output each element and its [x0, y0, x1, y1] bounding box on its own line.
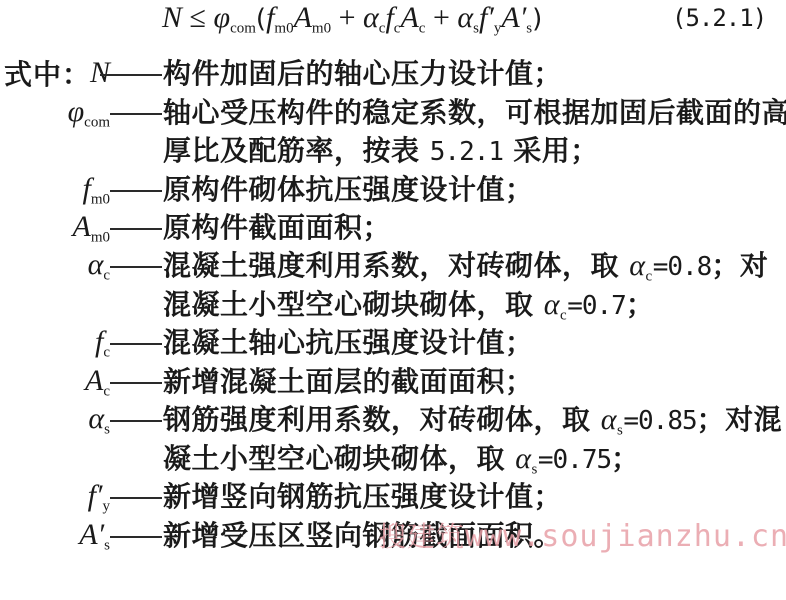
symbol-subscript: m0 [91, 191, 110, 207]
text-part: 混凝土小型空心砌块砌体，取 [163, 288, 534, 321]
definition-text: 新增混凝土面层的截面面积； [163, 365, 534, 399]
definition-continuation: 厚比及配筋率，按表 5.2.1 采用； [0, 133, 786, 171]
text-part: ； [626, 288, 655, 321]
var-main: α [544, 288, 560, 321]
definition-A-m0: Am0 原构件截面面积； [0, 210, 786, 248]
definition-text: 构件加固后的轴心压力设计值； [163, 57, 562, 91]
formula-phi: φcom [213, 1, 255, 34]
value: =0.75 [538, 445, 611, 475]
em-dash-divider [110, 113, 162, 115]
A-subscript: m0 [312, 20, 331, 36]
symbol-main: A [73, 210, 91, 243]
term1-A: Am0 [294, 1, 332, 34]
plus-sign: + [331, 1, 363, 34]
close-paren: ) [532, 4, 542, 34]
text-part: ；对 [711, 249, 768, 282]
definition-symbol: N [90, 56, 110, 90]
definition-text: 新增竖向钢筋抗压强度设计值； [163, 480, 562, 514]
term2-A: Ac [400, 1, 425, 34]
term3-A: A′s [501, 1, 532, 34]
definition-symbol: αc [88, 248, 110, 292]
plus-sign: + [425, 1, 457, 34]
var-subscript: c [646, 268, 653, 284]
value: =0.8 [653, 252, 712, 282]
definition-symbol: fc [95, 325, 110, 369]
definition-symbol: f′y [88, 479, 110, 523]
em-dash-divider [110, 190, 162, 192]
definition-f-m0: fm0 原构件砌体抗压强度设计值； [0, 172, 786, 210]
f-subscript: m0 [274, 20, 293, 36]
definition-f-c: fc 混凝土轴心抗压强度设计值； [0, 325, 786, 363]
em-dash-divider [110, 343, 162, 345]
symbol-main: f [82, 172, 90, 205]
definition-continuation: 凝土小型空心砌块砌体，取 αs=0.75； [0, 441, 786, 479]
symbol-subscript: y [103, 498, 111, 514]
var-main: α [601, 403, 617, 436]
equation: N ≤ φcom(fm0Am0 + αcfcAc + αsf′yA′s) [162, 2, 542, 44]
formula-row: N ≤ φcom(fm0Am0 + αcfcAc + αsf′yA′s) (5.… [0, 0, 786, 36]
f-symbol: f [385, 1, 393, 34]
symbol-main: A [85, 364, 103, 397]
definition-symbol: αs [88, 402, 110, 446]
open-paren: ( [256, 4, 266, 34]
text-part: 厚比及配筋率，按表 [163, 134, 420, 167]
var-main: α [629, 249, 645, 282]
definition-alpha-s: αs 钢筋强度利用系数，对砖砌体，取 αs=0.85；对混 [0, 402, 786, 440]
alpha-symbol: α [363, 1, 379, 34]
symbol-main: φ [68, 95, 85, 128]
definition-text: 轴心受压构件的稳定系数，可根据加固后截面的高 [163, 96, 786, 130]
definition-f-prime-y: f′y 新增竖向钢筋抗压强度设计值； [0, 479, 786, 517]
inline-variable: αc [544, 288, 567, 321]
watermark-url: www.soujianzhu.cn [465, 519, 786, 554]
em-dash-divider [110, 420, 162, 422]
term3-alpha: αs [457, 1, 479, 34]
symbol-subscript: c [103, 383, 110, 399]
symbol-subscript: c [103, 267, 110, 283]
definition-text: 原构件砌体抗压强度设计值； [163, 173, 534, 207]
em-dash-divider [110, 382, 162, 384]
term2-f: fc [385, 1, 400, 34]
symbol-subscript: c [103, 344, 110, 360]
text-part: ； [611, 442, 640, 475]
watermark-cn: 搜建筑 [378, 520, 465, 553]
text-part: 采用； [513, 134, 599, 167]
formula-relation: ≤ [190, 1, 206, 34]
symbol-main: f′ [88, 479, 103, 512]
em-dash-divider [110, 266, 162, 268]
text-part: 混凝土强度利用系数，对砖砌体，取 [163, 249, 619, 282]
definition-A-c: Ac 新增混凝土面层的截面面积； [0, 364, 786, 402]
symbol-main: N [90, 56, 110, 89]
symbol-subscript: s [104, 537, 110, 553]
symbol-subscript: com [84, 114, 110, 130]
text-part: ；对混 [697, 403, 783, 436]
inline-variable: αs [601, 403, 624, 436]
definition-text: 混凝土轴心抗压强度设计值； [163, 326, 534, 360]
term3-f: f′y [479, 1, 501, 34]
symbol-main: A′ [79, 518, 104, 551]
text-part: 凝土小型空心砌块砌体，取 [163, 442, 505, 475]
where-label: 式中： [4, 58, 91, 92]
em-dash-divider [100, 74, 162, 76]
definition-continuation: 混凝土小型空心砌块砌体，取 αc=0.7； [0, 287, 786, 325]
symbol-subscript: m0 [91, 229, 110, 245]
table-reference: 5.2.1 [430, 137, 503, 167]
definition-symbol: A′s [79, 518, 110, 562]
definition-N: 式中： N 构件加固后的轴心压力设计值； [0, 56, 786, 94]
phi-symbol: φ [213, 1, 230, 34]
definition-text: 厚比及配筋率，按表 5.2.1 采用； [163, 134, 599, 169]
A-symbol: A [400, 1, 418, 34]
var-main: α [515, 442, 531, 475]
inline-variable: αc [629, 249, 652, 282]
symbol-subscript: s [104, 421, 110, 437]
symbol-main: α [88, 402, 104, 435]
value: =0.7 [567, 291, 626, 321]
symbol-main: α [88, 248, 104, 281]
definition-alpha-c: αc 混凝土强度利用系数，对砖砌体，取 αc=0.8；对 [0, 248, 786, 286]
definition-text: 原构件截面面积； [163, 211, 391, 245]
text-part: 钢筋强度利用系数，对砖砌体，取 [163, 403, 591, 436]
phi-subscript: com [230, 20, 256, 36]
inline-variable: αs [515, 442, 538, 475]
equation-number: (5.2.1) [672, 2, 766, 34]
em-dash-divider [110, 536, 162, 538]
formula-lhs: N [162, 1, 182, 34]
A-symbol: A [294, 1, 312, 34]
A-prime-symbol: A′ [501, 1, 526, 34]
alpha-symbol: α [457, 1, 473, 34]
definition-phi-com: φcom 轴心受压构件的稳定系数，可根据加固后截面的高 [0, 95, 786, 133]
em-dash-divider [110, 497, 162, 499]
value: =0.85 [623, 406, 696, 436]
em-dash-divider [110, 228, 162, 230]
term1-f: fm0 [266, 1, 294, 34]
f-prime-symbol: f′ [479, 1, 494, 34]
watermark: 搜建筑www.soujianzhu.cn [378, 520, 786, 554]
term2-alpha: αc [363, 1, 385, 34]
